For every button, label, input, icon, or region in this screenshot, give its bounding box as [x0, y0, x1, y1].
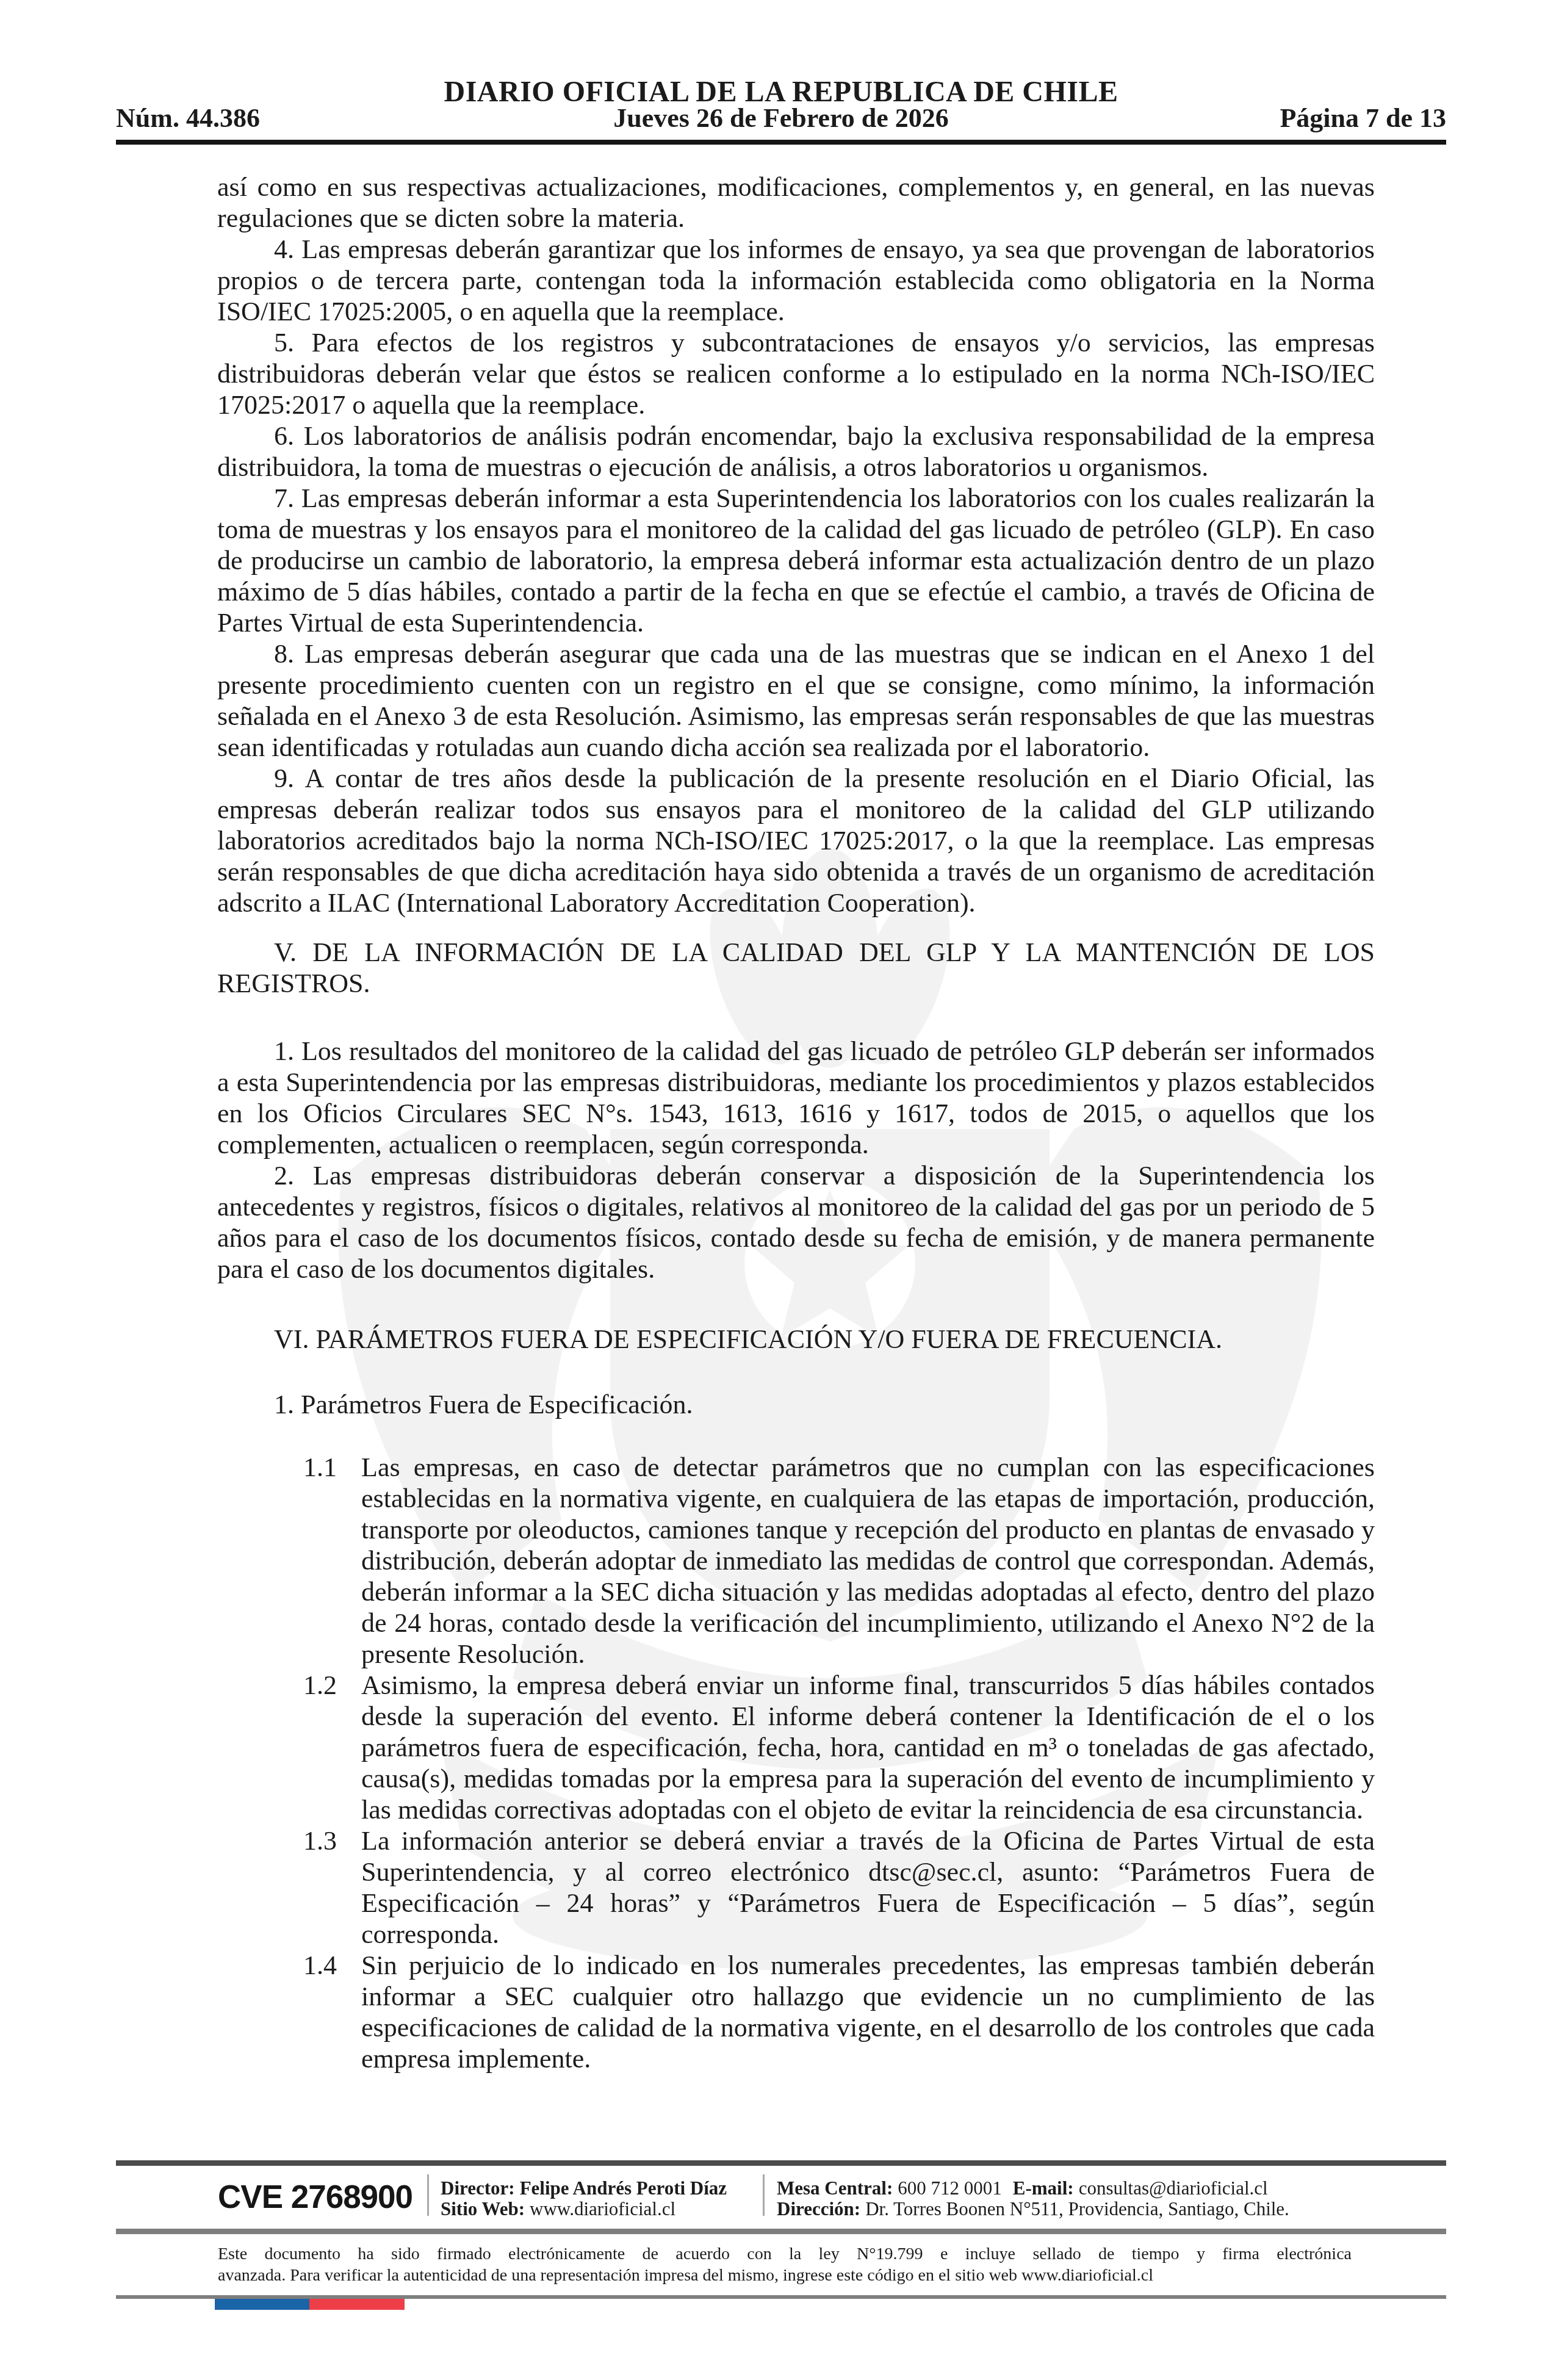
section-vi-subheading: 1. Parámetros Fuera de Especificación.: [217, 1389, 1375, 1420]
list-item-number: 1.4: [303, 1950, 337, 1981]
email-label: E-mail:: [1013, 2177, 1074, 2199]
list-item-text: Sin perjuicio de lo indicado en los nume…: [361, 1950, 1375, 2074]
section-v-heading: V. DE LA INFORMACIÓN DE LA CALIDAD DEL G…: [217, 937, 1375, 999]
legal-line-1: Este documento ha sido firmado electróni…: [218, 2243, 1352, 2265]
footer-director-column: Director:Felipe Andrés Peroti Díaz Sitio…: [441, 2178, 727, 2220]
intro-paragraph: así como en sus respectivas actualizacio…: [217, 171, 1375, 234]
list-item-text: Las empresas, en caso de detectar paráme…: [361, 1452, 1375, 1669]
list-item-1-3: 1.3 La información anterior se deberá en…: [217, 1825, 1375, 1950]
list-item-1-1: 1.1 Las empresas, en caso de detectar pa…: [217, 1452, 1375, 1670]
issue-date: Jueves 26 de Febrero de 2026: [116, 103, 1446, 134]
phone-email-line: Mesa Central:600 712 0001E-mail:consulta…: [777, 2178, 1289, 2199]
page-indicator: Página 7 de 13: [1280, 103, 1446, 134]
flag-blue-block: [215, 2299, 309, 2310]
section-vi-item-list: 1.1 Las empresas, en caso de detectar pa…: [217, 1452, 1375, 2074]
chile-flag-strip: [215, 2299, 405, 2310]
document-body: así como en sus respectivas actualizacio…: [217, 171, 1375, 2074]
list-item-1-4: 1.4 Sin perjuicio de lo indicado en los …: [217, 1950, 1375, 2074]
section-v-paragraph-1: 1. Los resultados del monitoreo de la ca…: [217, 1036, 1375, 1160]
paragraph-4: 4. Las empresas deberán garantizar que l…: [217, 234, 1375, 327]
header-meta-row: Núm. 44.386 Jueves 26 de Febrero de 2026…: [116, 103, 1446, 133]
paragraph-6: 6. Los laboratorios de análisis podrán e…: [217, 420, 1375, 483]
footer-middle-rule: [116, 2229, 1446, 2234]
paragraph-9: 9. A contar de tres años desde la public…: [217, 763, 1375, 918]
phone-value: 600 712 0001: [898, 2177, 1002, 2199]
list-item-text: La información anterior se deberá enviar…: [361, 1826, 1375, 1949]
paragraph-5: 5. Para efectos de los registros y subco…: [217, 327, 1375, 420]
footer-divider-2: [763, 2174, 765, 2216]
cve-code: CVE 2768900: [218, 2179, 412, 2216]
website-line: Sitio Web:www.diarioficial.cl: [441, 2199, 727, 2220]
list-item-text: Asimismo, la empresa deberá enviar un in…: [361, 1670, 1375, 1825]
director-name: Felipe Andrés Peroti Díaz: [520, 2177, 727, 2199]
email-value: consultas@diarioficial.cl: [1079, 2177, 1268, 2199]
website-label: Sitio Web:: [441, 2198, 525, 2220]
website-value: www.diarioficial.cl: [530, 2198, 675, 2220]
list-item-number: 1.1: [303, 1452, 337, 1483]
address-label: Dirección:: [777, 2198, 860, 2220]
footer-divider-1: [427, 2174, 429, 2216]
director-line: Director:Felipe Andrés Peroti Díaz: [441, 2178, 727, 2199]
document-page: DIARIO OFICIAL DE LA REPUBLICA DE CHILE …: [0, 0, 1556, 2380]
list-item-number: 1.2: [303, 1670, 337, 1701]
phone-label: Mesa Central:: [777, 2177, 893, 2199]
footer-top-rule: [116, 2160, 1446, 2166]
flag-red-block: [309, 2299, 405, 2310]
address-line: Dirección:Dr. Torres Boonen N°511, Provi…: [777, 2199, 1289, 2220]
paragraph-7: 7. Las empresas deberán informar a esta …: [217, 483, 1375, 638]
paragraph-8: 8. Las empresas deberán asegurar que cad…: [217, 638, 1375, 763]
director-label: Director:: [441, 2177, 515, 2199]
footer-contact-column: Mesa Central:600 712 0001E-mail:consulta…: [777, 2178, 1289, 2220]
legal-line-2: avanzada. Para verificar la autenticidad…: [218, 2265, 1352, 2286]
header-rule: [116, 140, 1446, 145]
list-item-1-2: 1.2 Asimismo, la empresa deberá enviar u…: [217, 1670, 1375, 1825]
legal-notice: Este documento ha sido firmado electróni…: [218, 2243, 1352, 2286]
address-value: Dr. Torres Boonen N°511, Providencia, Sa…: [865, 2198, 1289, 2220]
list-item-number: 1.3: [303, 1825, 337, 1856]
section-vi-heading: VI. PARÁMETROS FUERA DE ESPECIFICACIÓN Y…: [217, 1324, 1375, 1355]
section-v-paragraph-2: 2. Las empresas distribuidoras deberán c…: [217, 1160, 1375, 1285]
